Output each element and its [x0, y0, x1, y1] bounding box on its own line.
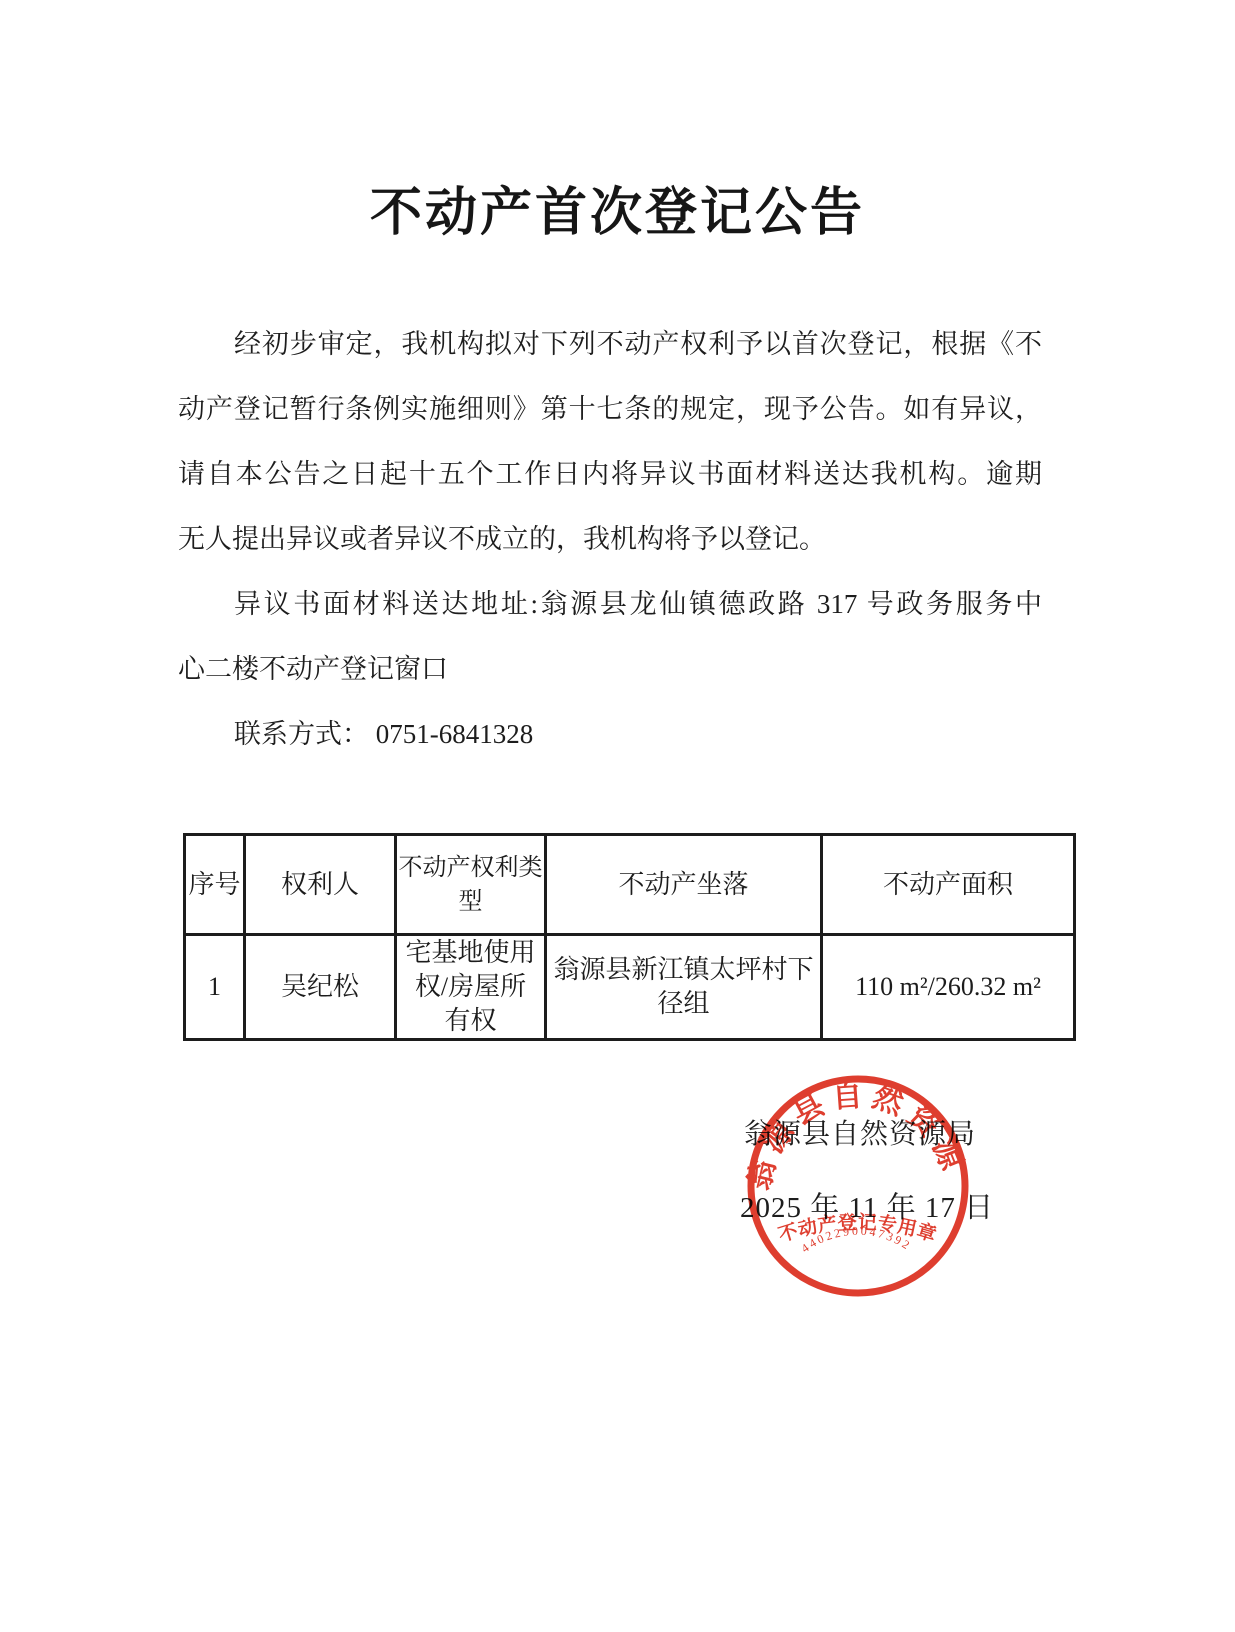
table-header-row: 序号 权利人 不动产权利类型 不动产坐落 不动产面积: [185, 835, 1075, 935]
header-area: 不动产面积: [822, 835, 1075, 935]
contact-phone-line: 联系方式： 0751-6841328: [178, 702, 1042, 767]
official-seal: 翁源县自然资源局 不动产登记专用章 4402290047392: [742, 1070, 974, 1302]
header-right-type: 不动产权利类型: [396, 835, 546, 935]
header-location: 不动产坐落: [546, 835, 822, 935]
cell-seq: 1: [185, 935, 245, 1040]
body-line: 动产登记暂行条例实施细则》第十七条的规定，现予公告。如有异议，: [178, 377, 1042, 442]
header-seq: 序号: [185, 835, 245, 935]
body-line: 经初步审定，我机构拟对下列不动产权利予以首次登记，根据《不: [178, 312, 1042, 377]
delivery-address-line: 异议书面材料送达地址:翁源县龙仙镇德政路 317 号政务服务中: [178, 572, 1042, 637]
page-title: 不动产首次登记公告: [0, 170, 1235, 245]
header-holder: 权利人: [245, 835, 396, 935]
cell-holder: 吴纪松: [245, 935, 396, 1040]
cell-right-type: 宅基地使用权/房屋所有权: [396, 935, 546, 1040]
cell-location: 翁源县新江镇太坪村下径组: [546, 935, 822, 1040]
document-page: 不动产首次登记公告 经初步审定，我机构拟对下列不动产权利予以首次登记，根据《不 …: [0, 0, 1235, 1632]
table-row: 1 吴纪松 宅基地使用权/房屋所有权 翁源县新江镇太坪村下径组 110 m²/2…: [185, 935, 1075, 1040]
cell-area: 110 m²/260.32 m²: [822, 935, 1075, 1040]
notice-body: 经初步审定，我机构拟对下列不动产权利予以首次登记，根据《不 动产登记暂行条例实施…: [178, 312, 1042, 767]
property-table: 序号 权利人 不动产权利类型 不动产坐落 不动产面积 1 吴纪松 宅基地使用权/…: [183, 833, 1076, 1041]
seal-ring-text: 翁源县自然资源局: [742, 1070, 971, 1193]
delivery-address-line: 心二楼不动产登记窗口: [178, 637, 1042, 702]
body-line: 无人提出异议或者异议不成立的，我机构将予以登记。: [178, 507, 1042, 572]
body-line: 请自本公告之日起十五个工作日内将异议书面材料送达我机构。逾期: [178, 442, 1042, 507]
